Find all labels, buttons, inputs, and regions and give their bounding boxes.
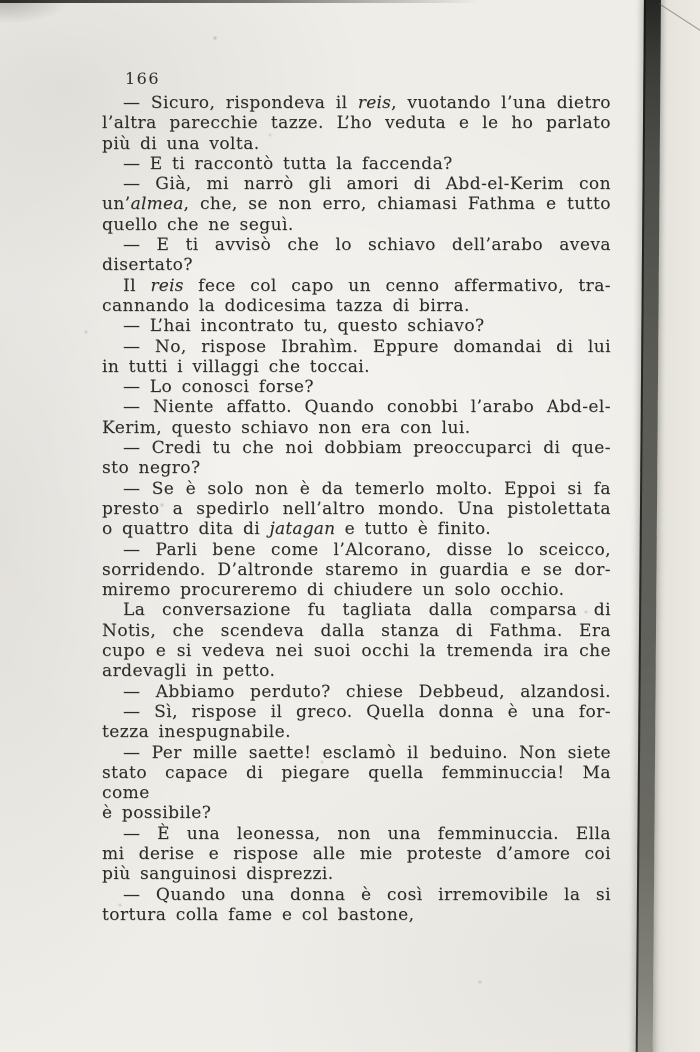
- text-line: — Già, mi narrò gli amori di Abd-el-Keri…: [102, 174, 611, 194]
- text-line: in tutti i villaggi che toccai.: [102, 357, 611, 377]
- text-line: stato capace di piegare quella femminucc…: [102, 763, 611, 804]
- text-line: cupo e si vedeva nei suoi occhi la treme…: [102, 641, 611, 661]
- italic-term: jatagan: [270, 519, 336, 539]
- text-line: un’almea, che, se non erro, chiamasi Fat…: [102, 194, 611, 214]
- text-line: sto negro?: [102, 458, 611, 478]
- text-line: — Se è solo non è da temerlo molto. Eppo…: [102, 479, 611, 499]
- text-line: — Sicuro, rispondeva il reis, vuotando l…: [102, 93, 611, 113]
- text-line: — Lo conosci forse?: [102, 377, 611, 397]
- text-line: Notis, che scendeva dalla stanza di Fath…: [102, 621, 611, 641]
- text-line: — No, rispose Ibrahìm. Eppure domandai d…: [102, 337, 611, 357]
- text-line: — L’hai incontrato tu, questo schiavo?: [102, 316, 611, 336]
- italic-term: reis: [358, 93, 391, 113]
- text-line: l’altra parecchie tazze. L’ho veduta e l…: [102, 113, 611, 133]
- text-line: più di una volta.: [102, 134, 611, 154]
- text-line: presto a spedirlo nell’altro mondo. Una …: [102, 499, 611, 519]
- text-line: tezza inespugnabile.: [102, 722, 611, 742]
- italic-term: reis: [150, 276, 183, 296]
- text-line: Kerim, questo schiavo non era con lui.: [102, 418, 611, 438]
- page-number: 166: [125, 69, 160, 88]
- page-top-edge-shadow: [0, 0, 480, 3]
- text-line: o quattro dita di jatagan e tutto è fini…: [102, 519, 611, 539]
- text-line: — Quando una donna è così irremovibile l…: [102, 885, 611, 905]
- text-line: sorridendo. D’altronde staremo in guardi…: [102, 560, 611, 580]
- text-line: tortura colla fame e col bastone,: [102, 905, 611, 925]
- text-line: più sanguinosi disprezzi.: [102, 864, 611, 884]
- text-line: — Abbiamo perduto? chiese Debbeud, alzan…: [102, 682, 611, 702]
- text-line: — E ti avvisò che lo schiavo dell’arabo …: [102, 235, 611, 255]
- text-line: — Sì, rispose il greco. Quella donna è u…: [102, 702, 611, 722]
- text-line: ardevagli in petto.: [102, 661, 611, 681]
- text-line: quello che ne seguì.: [102, 215, 611, 235]
- text-line: — Per mille saette! esclamò il beduino. …: [102, 743, 611, 763]
- text-line: La conversazione fu tagliata dalla compa…: [102, 600, 611, 620]
- scanned-book-page: 166 — Sicuro, rispondeva il reis, vuotan…: [0, 0, 700, 1052]
- text-line: — È una leonessa, non una femminuccia. E…: [102, 824, 611, 844]
- italic-term: almea: [131, 194, 184, 214]
- page-text: — Sicuro, rispondeva il reis, vuotando l…: [102, 93, 611, 925]
- text-line: — Parli bene come l’Alcorano, disse lo s…: [102, 540, 611, 560]
- text-line: è possibile?: [102, 803, 611, 823]
- text-line: miremo procureremo di chiudere un solo o…: [102, 580, 611, 600]
- text-line: — Niente affatto. Quando conobbi l’arabo…: [102, 397, 611, 417]
- text-line: — E ti raccontò tutta la faccenda?: [102, 154, 611, 174]
- text-line: cannando la dodicesima tazza di birra.: [102, 296, 611, 316]
- text-line: — Credi tu che noi dobbiam preoccuparci …: [102, 438, 611, 458]
- text-line: mi derise e rispose alle mie proteste d’…: [102, 844, 611, 864]
- text-line: disertato?: [102, 255, 611, 275]
- text-line: Il reis fece col capo un cenno affermati…: [102, 276, 611, 296]
